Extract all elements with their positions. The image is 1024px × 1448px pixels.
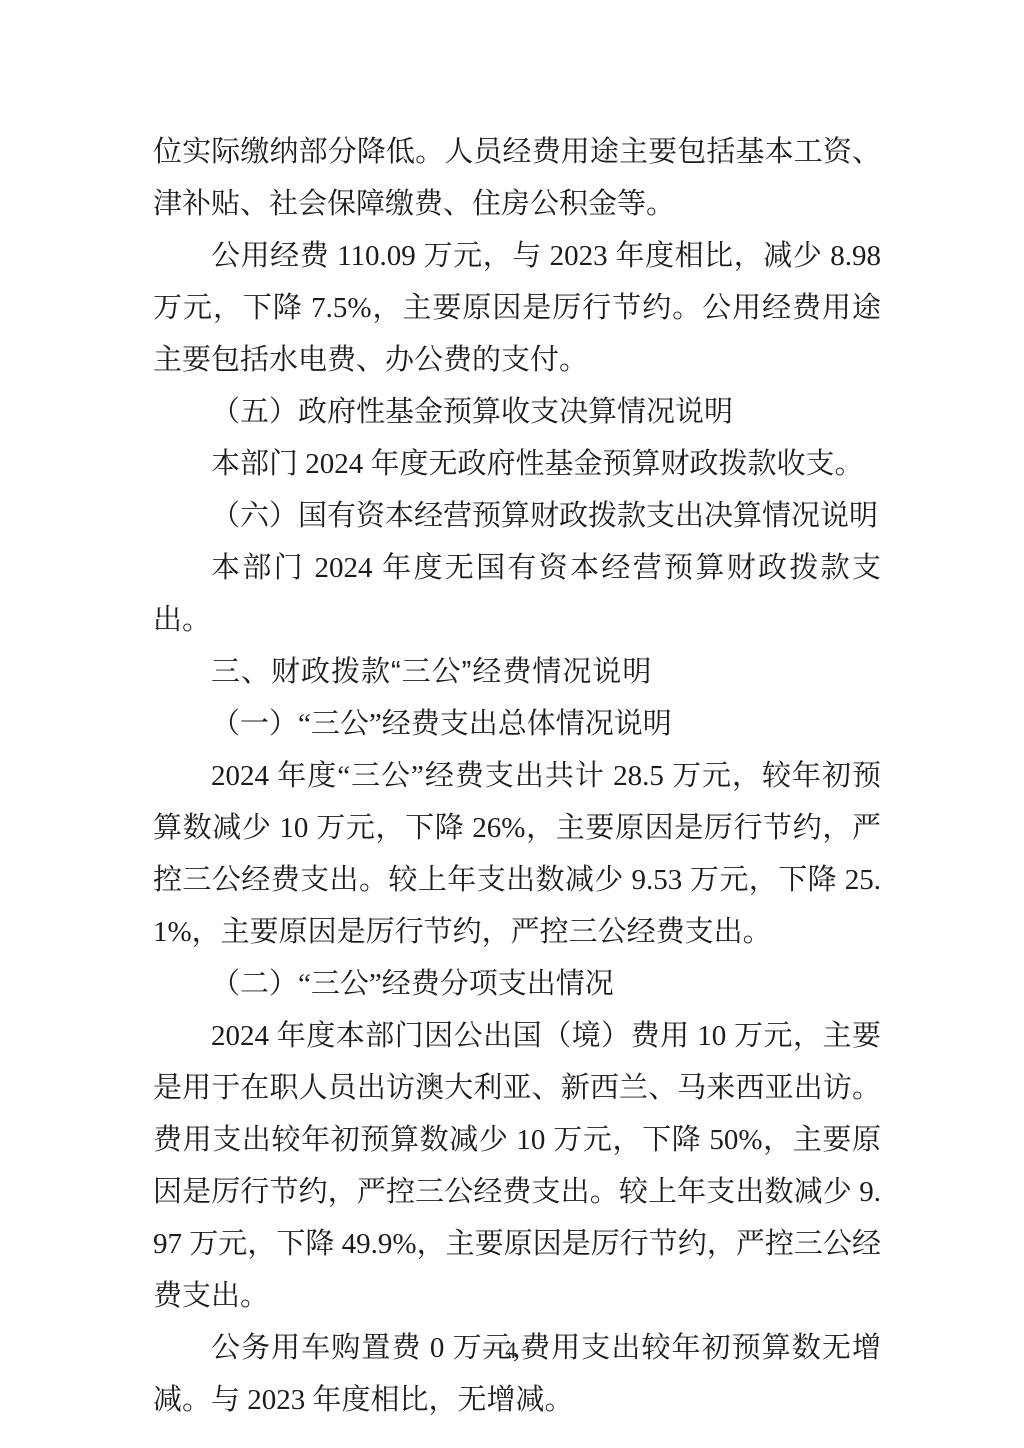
paragraph: 公用经费 110.09 万元，与 2023 年度相比，减少 8.98 万元，下降…: [153, 230, 881, 386]
paragraph: 本部门 2024 年度无国有资本经营预算财政拨款支出。: [153, 542, 881, 646]
paragraph: 本部门 2024 年度无政府性基金预算财政拨款收支。: [153, 438, 881, 490]
subsection-heading: （二）“三公”经费分项支出情况: [153, 958, 881, 1010]
paragraph: 位实际缴纳部分降低。人员经费用途主要包括基本工资、津补贴、社会保障缴费、住房公积…: [153, 126, 881, 230]
paragraph: 2024 年度“三公”经费支出共计 28.5 万元，较年初预算数减少 10 万元…: [153, 750, 881, 958]
document-body: 位实际缴纳部分降低。人员经费用途主要包括基本工资、津补贴、社会保障缴费、住房公积…: [153, 126, 881, 1426]
paragraph: 2024 年度本部门因公出国（境）费用 10 万元，主要是用于在职人员出访澳大利…: [153, 1010, 881, 1322]
subsection-heading: （五）政府性基金预算收支决算情况说明: [153, 386, 881, 438]
subsection-heading: （六）国有资本经营预算财政拨款支出决算情况说明: [153, 490, 881, 542]
subsection-heading: （一）“三公”经费支出总体情况说明: [153, 698, 881, 750]
page-number: －4－: [480, 1338, 544, 1363]
section-heading: 三、财政拨款“三公”经费情况说明: [153, 646, 881, 698]
page-footer: －4－: [0, 1332, 1024, 1365]
document-page: 位实际缴纳部分降低。人员经费用途主要包括基本工资、津补贴、社会保障缴费、住房公积…: [0, 0, 1024, 1448]
